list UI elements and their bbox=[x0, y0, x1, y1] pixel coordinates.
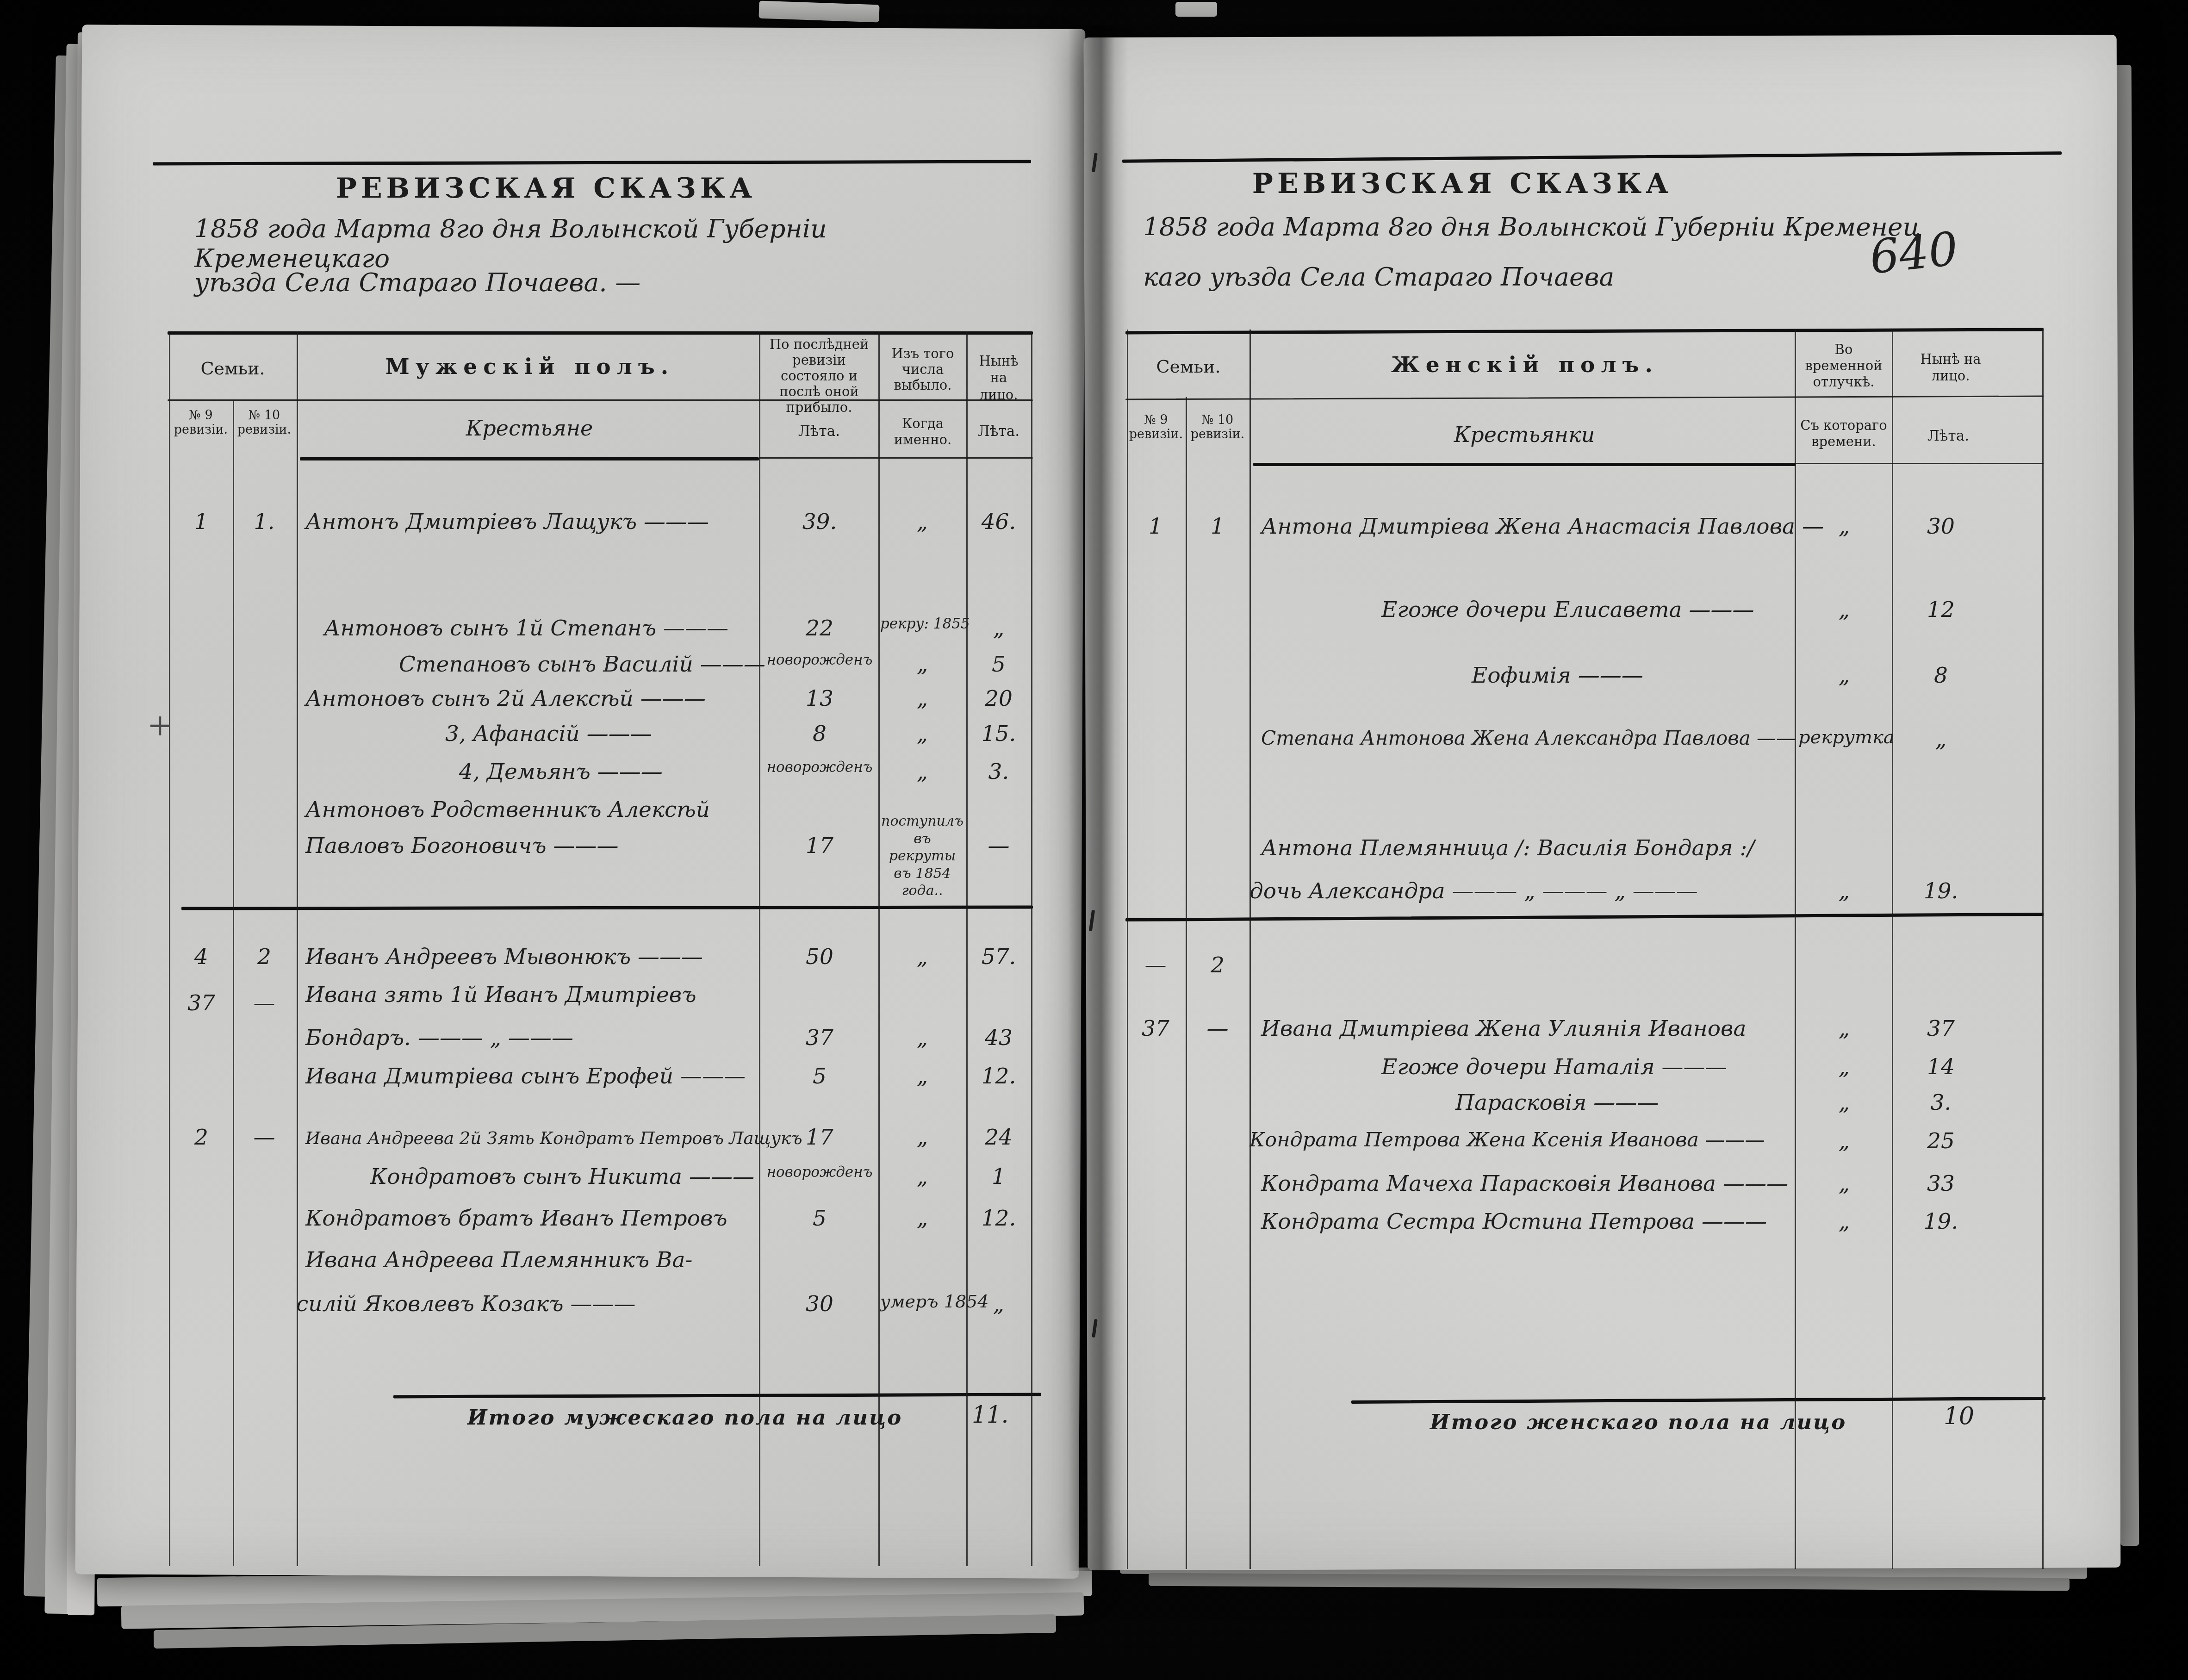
left-subheader-krestyane: Крестьяне bbox=[300, 416, 759, 441]
left-header-family: Семьи. bbox=[172, 357, 293, 380]
left-table-vline bbox=[233, 399, 234, 1566]
left-subheader-leta2: Лѣта. bbox=[969, 422, 1028, 441]
left-subheader-n10: № 10 реви­зіи. bbox=[234, 408, 294, 437]
page-edge-sliver-top bbox=[1175, 2, 1217, 17]
right-table-vline bbox=[2042, 330, 2044, 1569]
left-subheader-rule-thin bbox=[759, 457, 1033, 459]
right-subheader-krestyanki: Крестьянки bbox=[1253, 422, 1796, 447]
left-total-label: Итого мужескаго пола на лицо bbox=[467, 1405, 902, 1430]
right-page-title: РЕВИЗСКАЯ СКАЗКА bbox=[1212, 168, 1712, 200]
left-header-male-sex: Мужескій полъ. bbox=[305, 353, 754, 381]
right-header-family: Семьи. bbox=[1130, 355, 1247, 378]
left-table-vline bbox=[966, 331, 968, 1566]
left-total-value: 11. bbox=[972, 1401, 1009, 1428]
right-table-vline bbox=[1186, 397, 1187, 1569]
right-total-value: 10 bbox=[1944, 1402, 1974, 1430]
left-table-vline bbox=[1031, 331, 1032, 1566]
right-table-vline bbox=[1249, 330, 1251, 1569]
right-table-vline bbox=[1892, 330, 1893, 1569]
right-header-col5: Нынѣ на лицо. bbox=[1916, 351, 1985, 385]
left-header-col5: Нынѣ на лицо. bbox=[969, 353, 1028, 403]
photo-of-open-revision-book: РЕВИЗСКАЯ СКАЗКА 1858 года Марта 8го дня… bbox=[0, 0, 2188, 1680]
right-date-line-2: каго уѣзда Села Стараго Почаева bbox=[1143, 262, 1652, 292]
right-header-female-sex: Женскій полъ. bbox=[1259, 351, 1791, 379]
left-header-col4: Изъ того числа выбыло. bbox=[882, 346, 963, 393]
right-subheader-rule-thin bbox=[1796, 463, 2044, 464]
right-subheader-leta: Лѣта. bbox=[1902, 427, 1995, 445]
left-subheader-n9: № 9 реви­зіи. bbox=[171, 408, 230, 437]
right-header-col4: Во временной отлучкѣ. bbox=[1798, 342, 1889, 390]
left-subheader-kogda: Когда именно. bbox=[882, 416, 963, 448]
left-table-vline bbox=[169, 331, 170, 1566]
right-subheader-c4: Съ котораго времени. bbox=[1798, 417, 1889, 450]
right-subheader-n9: № 9 реви­зіи. bbox=[1128, 413, 1184, 442]
right-total-label: Итого женскаго пола на лицо bbox=[1430, 1410, 1846, 1434]
right-subheader-rule bbox=[1253, 463, 1796, 466]
left-date-line-2: уѣзда Села Стараго Почаева. — bbox=[194, 268, 657, 297]
left-date-line-1: 1858 года Марта 8го дня Волынской Губерн… bbox=[194, 214, 1027, 273]
folio-number: 640 bbox=[1867, 221, 1960, 284]
left-header-col3: По послѣдней ревизіи состояло и послѣ он… bbox=[764, 337, 875, 416]
left-subheader-rule bbox=[300, 457, 759, 460]
left-subheader-leta: Лѣта. bbox=[764, 422, 875, 441]
left-table-vline bbox=[297, 331, 298, 1566]
margin-plus-mark: + bbox=[147, 707, 173, 743]
left-table-vline bbox=[878, 331, 880, 1566]
right-subheader-n10: № 10 реви­зіи. bbox=[1187, 413, 1248, 442]
book-gutter bbox=[1068, 25, 1128, 1571]
page-edge-sliver-top bbox=[758, 0, 879, 22]
left-page-title: РЕВИЗСКАЯ СКАЗКА bbox=[296, 172, 796, 205]
